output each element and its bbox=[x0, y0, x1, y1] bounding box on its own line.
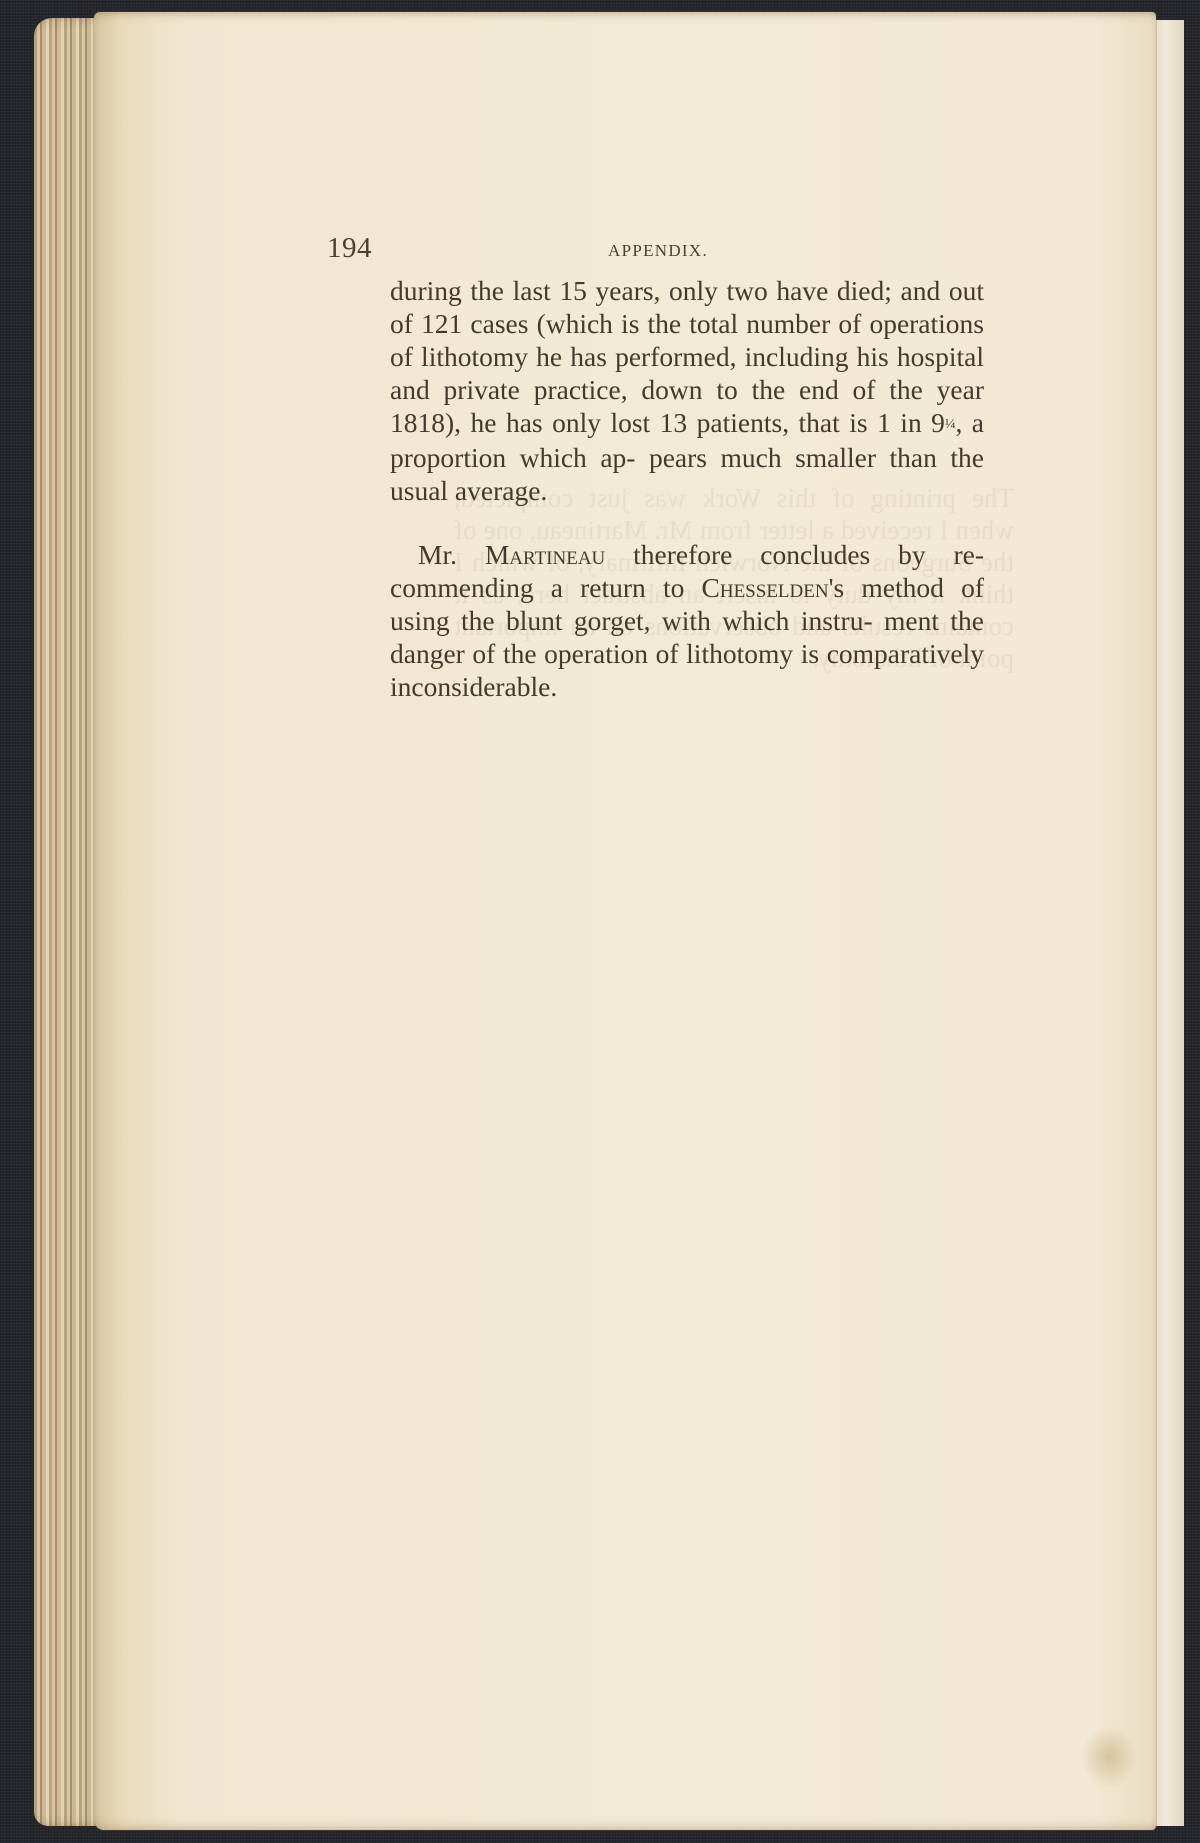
text-segment: patients, that is 1 in 9 bbox=[697, 407, 945, 438]
running-head: 194 APPENDIX. bbox=[94, 230, 1156, 270]
text-segment: therefore concludes by re- bbox=[605, 539, 984, 570]
person-name: Chesselden bbox=[702, 572, 829, 603]
paragraph-2: Mr. Martineau therefore concludes by re-… bbox=[390, 538, 984, 703]
text-segment: 's method bbox=[829, 572, 944, 603]
text-line: during the last 15 years, only two have … bbox=[390, 275, 892, 306]
page-number: 194 bbox=[327, 232, 372, 265]
book: The printing of this Work was just compl… bbox=[34, 12, 1184, 1834]
text-segment: commending a return to bbox=[390, 572, 702, 603]
person-name: Martineau bbox=[485, 539, 605, 570]
running-head-title: APPENDIX. bbox=[608, 241, 708, 261]
text-segment: Mr. bbox=[418, 539, 485, 570]
paragraph-1: during the last 15 years, only two have … bbox=[390, 274, 984, 507]
text-line: Mr. Martineau therefore concludes by re- bbox=[418, 539, 984, 570]
body-text: during the last 15 years, only two have … bbox=[390, 274, 984, 703]
book-page: The printing of this Work was just compl… bbox=[94, 12, 1156, 1830]
fraction: ¼ bbox=[945, 417, 956, 432]
page-edges-right bbox=[1153, 20, 1184, 1826]
text-line: commending a return to Chesselden's meth… bbox=[390, 572, 944, 603]
